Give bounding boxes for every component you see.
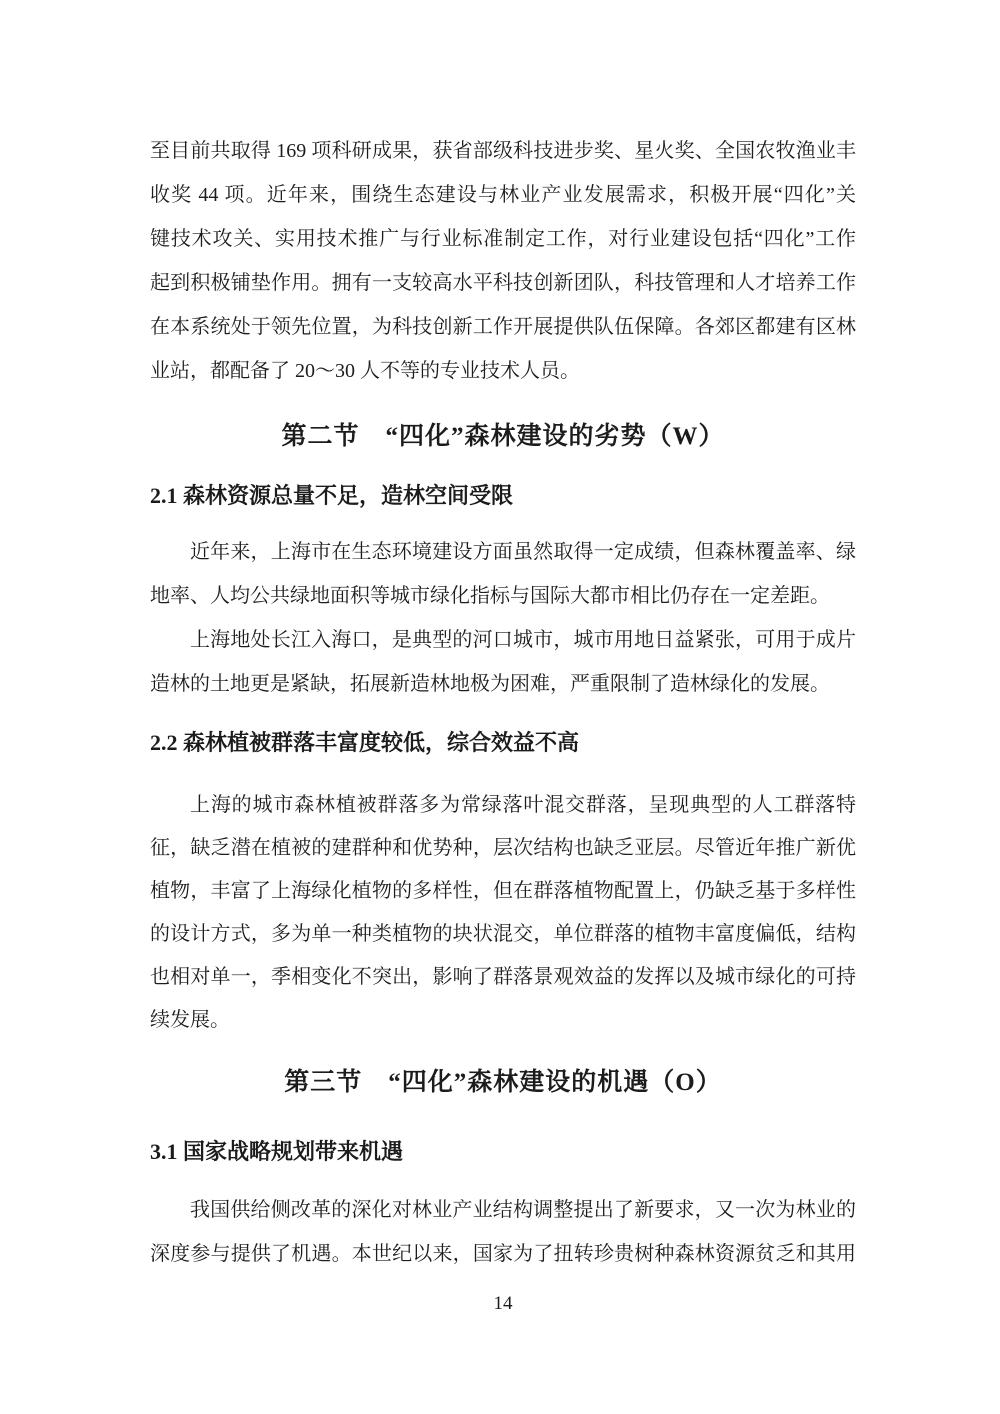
section3-sub1-title: 3.1 国家战略规划带来机遇: [150, 1136, 856, 1168]
section2-sub2-paragraph1: 上海的城市森林植被群落多为常绿落叶混交群落，呈现典型的人工群落特 征，缺乏潜在植…: [150, 784, 856, 1042]
text-line: 我国供给侧改革的深化对林业产业结构调整提出了新要求，又一次为林业的: [150, 1188, 856, 1232]
text-line: 深度参与提供了机遇。本世纪以来，国家为了扭转珍贵树种森林资源贫乏和其用: [150, 1232, 856, 1276]
text-line: 造林的土地更是紧缺，拓展新造林地极为困难，严重限制了造林绿化的发展。: [150, 662, 856, 706]
text-line: 起到积极铺垫作用。拥有一支较高水平科技创新团队，科技管理和人才培养工作: [150, 261, 856, 305]
text-line: 在本系统处于领先位置，为科技创新工作开展提供队伍保障。各郊区都建有区林: [150, 305, 856, 349]
text-line: 的设计方式，多为单一种类植物的块状混交，单位群落的植物丰富度偏低，结构: [150, 913, 856, 956]
section2-sub1-paragraph2: 上海地处长江入海口，是典型的河口城市，城市用地日益紧张，可用于成片 造林的土地更…: [150, 618, 856, 706]
section2-sub1-paragraph1: 近年来，上海市在生态环境建设方面虽然取得一定成绩，但森林覆盖率、绿 地率、人均公…: [150, 530, 856, 618]
text-line: 上海地处长江入海口，是典型的河口城市，城市用地日益紧张，可用于成片: [150, 618, 856, 662]
text-line: 收奖 44 项。近年来，围绕生态建设与林业产业发展需求，积极开展“四化”关: [150, 173, 856, 217]
page-number: 14: [150, 1292, 856, 1316]
section3-sub1-paragraph1: 我国供给侧改革的深化对林业产业结构调整提出了新要求，又一次为林业的 深度参与提供…: [150, 1188, 856, 1276]
text-line: 业站，都配备了 20～30 人不等的专业技术人员。: [150, 349, 856, 393]
section2-title: 第二节 “四化”森林建设的劣势（W）: [150, 420, 856, 454]
section3-title: 第三节 “四化”森林建设的机遇（O）: [150, 1066, 856, 1100]
text-line: 也相对单一，季相变化不突出，影响了群落景观效益的发挥以及城市绿化的可持: [150, 956, 856, 999]
intro-paragraph: 至目前共取得 169 项科研成果，获省部级科技进步奖、星火奖、全国农牧渔业丰 收…: [150, 129, 856, 393]
section2-sub2-title: 2.2 森林植被群落丰富度较低，综合效益不高: [150, 727, 856, 759]
document-page: 至目前共取得 169 项科研成果，获省部级科技进步奖、星火奖、全国农牧渔业丰 收…: [0, 0, 1000, 1414]
text-line: 征，缺乏潜在植被的建群种和优势种，层次结构也缺乏亚层。尽管近年推广新优: [150, 827, 856, 870]
text-line: 续发展。: [150, 999, 856, 1042]
text-line: 近年来，上海市在生态环境建设方面虽然取得一定成绩，但森林覆盖率、绿: [150, 530, 856, 574]
section2-sub1-title: 2.1 森林资源总量不足，造林空间受限: [150, 480, 856, 512]
text-line: 植物，丰富了上海绿化植物的多样性，但在群落植物配置上，仍缺乏基于多样性: [150, 870, 856, 913]
text-line: 上海的城市森林植被群落多为常绿落叶混交群落，呈现典型的人工群落特: [150, 784, 856, 827]
text-line: 至目前共取得 169 项科研成果，获省部级科技进步奖、星火奖、全国农牧渔业丰: [150, 129, 856, 173]
text-line: 键技术攻关、实用技术推广与行业标准制定工作，对行业建设包括“四化”工作: [150, 217, 856, 261]
text-line: 地率、人均公共绿地面积等城市绿化指标与国际大都市相比仍存在一定差距。: [150, 574, 856, 618]
